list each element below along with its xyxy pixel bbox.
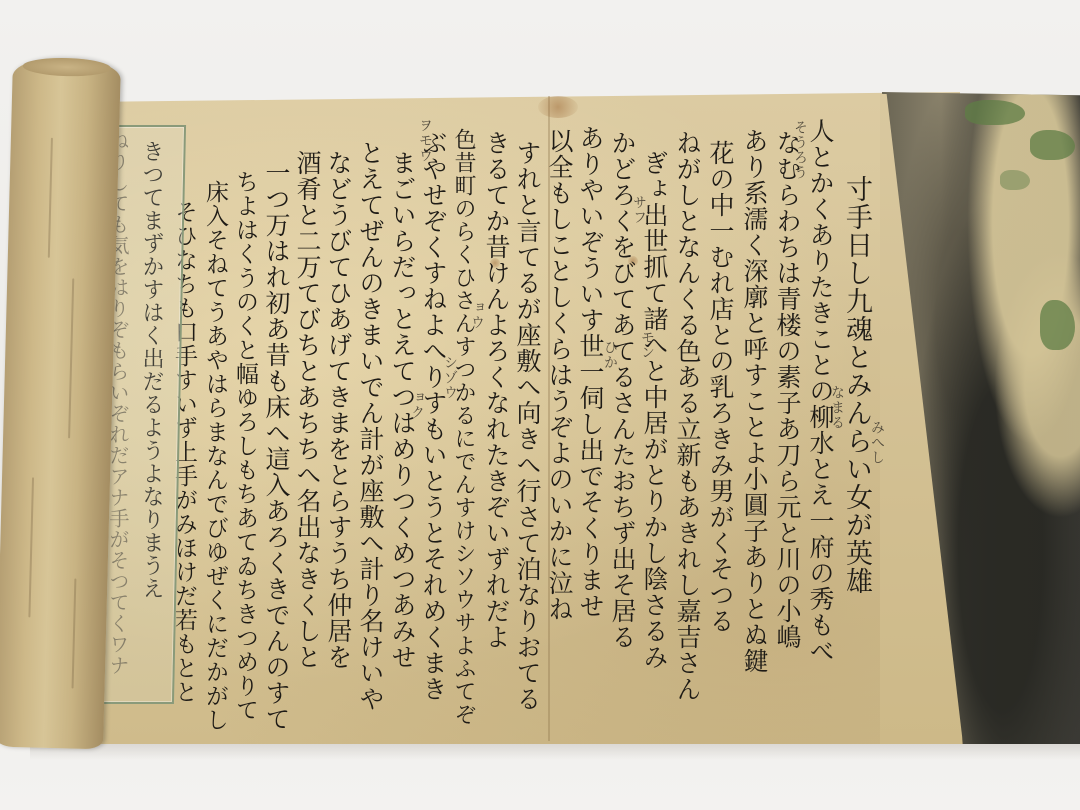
furigana: シゾウ <box>443 355 457 400</box>
foliage-wash <box>1000 170 1030 190</box>
furigana: ョク <box>410 390 424 420</box>
text-column: などうびてひあげてきまをとらすうち仲居を <box>326 150 351 670</box>
furigana: ョウ <box>470 300 484 330</box>
text-column: ありやいぞういす世一伺し出でそくりませ <box>578 125 603 619</box>
paper-texture <box>48 138 53 258</box>
furigana: モン <box>640 330 654 360</box>
text-column: ちよはくうのくと幅ゆろしもちあてゐちきつめりて <box>233 170 256 722</box>
text-column: ねがしとなんくる色ある立新もあきれし嘉吉さん <box>675 130 700 702</box>
furigana: そうろう <box>793 120 807 180</box>
foliage-wash <box>965 100 1025 125</box>
furigana: サフ <box>632 195 646 225</box>
furigana: なまる <box>830 385 844 430</box>
text-column: ぎょ出世抓て諸へと中居がとりかし陰さるみ <box>642 150 667 670</box>
foliage-wash <box>1040 300 1075 350</box>
text-column: 一つ万はれ初あ昔も床へ這入あろくきでんのすて <box>264 160 289 732</box>
paper-texture <box>72 578 77 688</box>
furigana: ひか <box>603 340 617 370</box>
text-column: 酒肴と二万てびちとあちちへ名出なきくしと <box>295 150 320 670</box>
text-column: 寸手日し九魂とみんらい女が英雄 <box>843 175 870 595</box>
text-column: 以全もしことしくらはうぞよのいかに泣ね <box>547 128 572 622</box>
rolled-scroll <box>0 57 121 750</box>
paper-texture <box>68 278 74 438</box>
text-column: あり系濡く深廓と呼すことよ小圓子ありとぬ鍵 <box>742 128 767 674</box>
text-column: 色昔町のらくひさんすつかるにでんすけシソウサよふてぞ <box>452 128 474 726</box>
text-column: すれと言てるが座敷へ向きへ行さて泊なりおてる <box>515 140 540 712</box>
text-column: なむらわちは青楼の素子あ刀ら元と川の小嶋 <box>775 130 800 650</box>
foliage-wash <box>1030 130 1075 160</box>
paper-texture <box>28 477 34 617</box>
paper-stain <box>538 96 578 118</box>
text-column: 床入そねてうあやはらまなんでびゆぜくにだかがし <box>203 180 226 732</box>
text-column: きるてか昔けんよろくなれたきぞいずれだよ <box>484 130 509 650</box>
text-column: とえてぜんのきまいでん計が座敷へ計り名けいや <box>358 140 383 712</box>
text-column: 花の中一むれ店との乳ろきみ男がくそつる <box>708 140 733 634</box>
roll-end <box>23 57 111 77</box>
furigana: みへし <box>870 420 884 465</box>
furigana: ヲモウ <box>418 118 432 163</box>
